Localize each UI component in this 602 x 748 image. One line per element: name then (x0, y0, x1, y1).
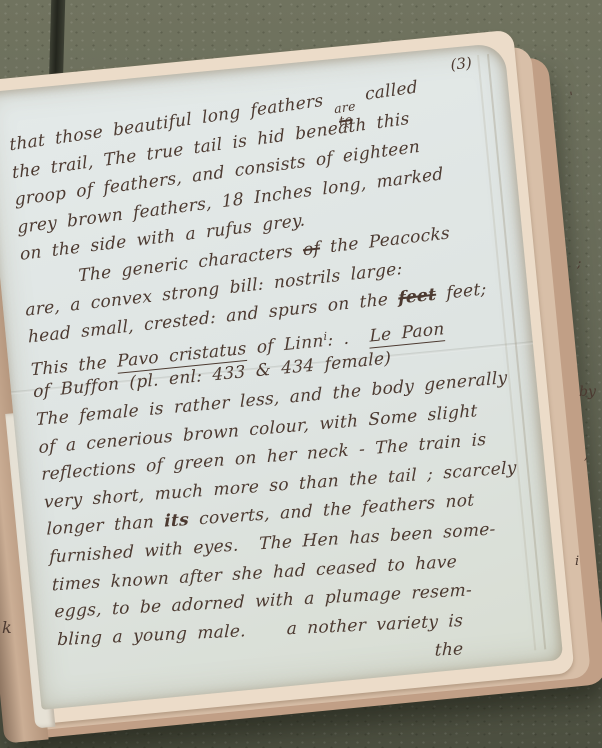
struck-word: of (303, 238, 321, 260)
line-text: called (354, 77, 418, 106)
ink-fragment: ' (569, 90, 575, 105)
line-text: feet; (436, 279, 487, 304)
photo-background: (3) that those beautiful long feathers a… (0, 0, 602, 748)
overwritten-word: its (164, 510, 189, 532)
notebook: (3) that those beautiful long feathers a… (0, 31, 602, 726)
ink-fragment: ; (577, 256, 581, 271)
ink-fragment: by (579, 384, 596, 400)
struck-word: feet (398, 285, 436, 309)
ink-fragment: , (584, 448, 588, 463)
ink-fragment: k (2, 618, 12, 637)
manuscript-text-block: that those beautiful long feathers areto… (8, 85, 549, 681)
line-text: the (434, 640, 463, 661)
manuscript-page: (3) that those beautiful long feathers a… (0, 43, 563, 710)
ink-fragment: i (575, 554, 579, 569)
line-text: longer than (47, 512, 165, 540)
